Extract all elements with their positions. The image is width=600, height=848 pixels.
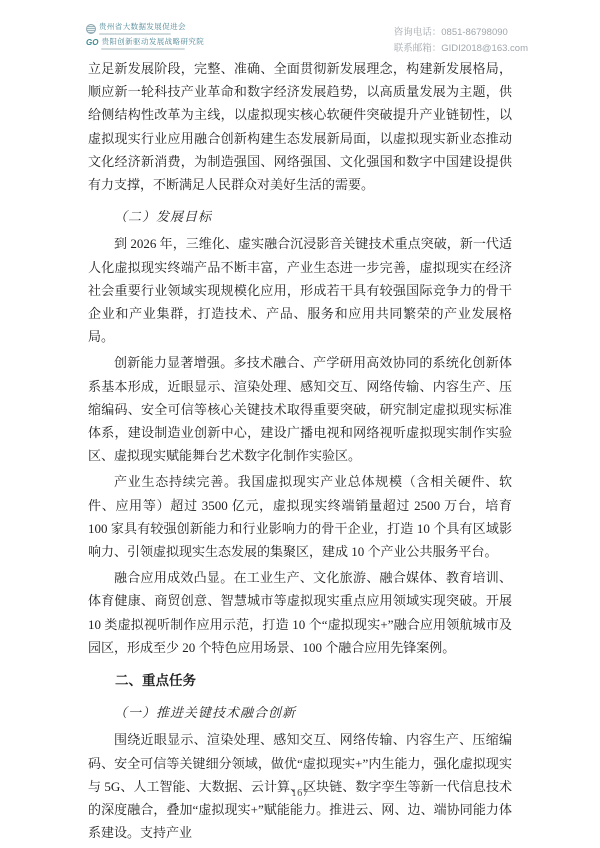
contact-info: 咨询电话：0851-86798090 联系邮箱：GIDI2018@163.com: [394, 25, 528, 56]
go-mark-icon: GO: [86, 38, 98, 48]
section-heading: （二）发展目标: [88, 205, 512, 228]
contact-phone-label: 咨询电话：: [394, 27, 442, 38]
paragraph: 创新能力显著增强。多技术融合、产学研用高效协同的系统化创新体系基本形成，近眼显示…: [88, 351, 512, 467]
page-number: 167: [0, 788, 600, 799]
contact-email-label: 联系邮箱：: [394, 43, 442, 54]
section-heading: 二、重点任务: [88, 669, 512, 692]
org1-logo: 贵州省大数据发展促进会: [86, 23, 204, 35]
organization-logos: 贵州省大数据发展促进会 GO 贵阳创新驱动发展战略研究院: [86, 23, 204, 50]
contact-phone-value: 0851-86798090: [441, 27, 508, 38]
org2-english-caption-line: [101, 48, 185, 50]
contact-email: 联系邮箱：GIDI2018@163.com: [394, 41, 528, 57]
org2-name: 贵阳创新驱动发展战略研究院: [101, 38, 204, 47]
paragraph: 到 2026 年，三维化、虚实融合沉浸影音关键技术重点突破，新一代适人化虚拟现实…: [88, 232, 512, 348]
paragraph: 产业生态持续完善。我国虚拟现实产业总体规模（含相关硬件、软件、应用等）超过 35…: [88, 470, 512, 563]
document-page: { "header": { "org1": { "name": "贵州省大数据发…: [0, 0, 600, 848]
org1-english-caption-line: [99, 33, 171, 35]
paragraph: 立足新发展阶段，完整、准确、全面贯彻新发展理念，构建新发展格局，顺应新一轮科技产…: [88, 57, 512, 196]
org2-logo: GO 贵阳创新驱动发展战略研究院: [86, 38, 204, 50]
contact-email-value: GIDI2018@163.com: [441, 43, 528, 54]
contact-phone: 咨询电话：0851-86798090: [394, 25, 528, 41]
section-heading: （一）推进关键技术融合创新: [88, 701, 512, 724]
paragraph: 围绕近眼显示、渲染处理、感知交互、网络传输、内容生产、压缩编码、安全可信等关键细…: [88, 728, 512, 844]
globe-emblem-icon: [86, 24, 96, 34]
document-body: 立足新发展阶段，完整、准确、全面贯彻新发展理念，构建新发展格局，顺应新一轮科技产…: [88, 57, 512, 845]
paragraph: 融合应用成效凸显。在工业生产、文化旅游、融合媒体、教育培训、体育健康、商贸创意、…: [88, 566, 512, 659]
page-header: 贵州省大数据发展促进会 GO 贵阳创新驱动发展战略研究院 咨询电话：0851-8…: [86, 23, 528, 56]
org1-name: 贵州省大数据发展促进会: [99, 23, 186, 32]
